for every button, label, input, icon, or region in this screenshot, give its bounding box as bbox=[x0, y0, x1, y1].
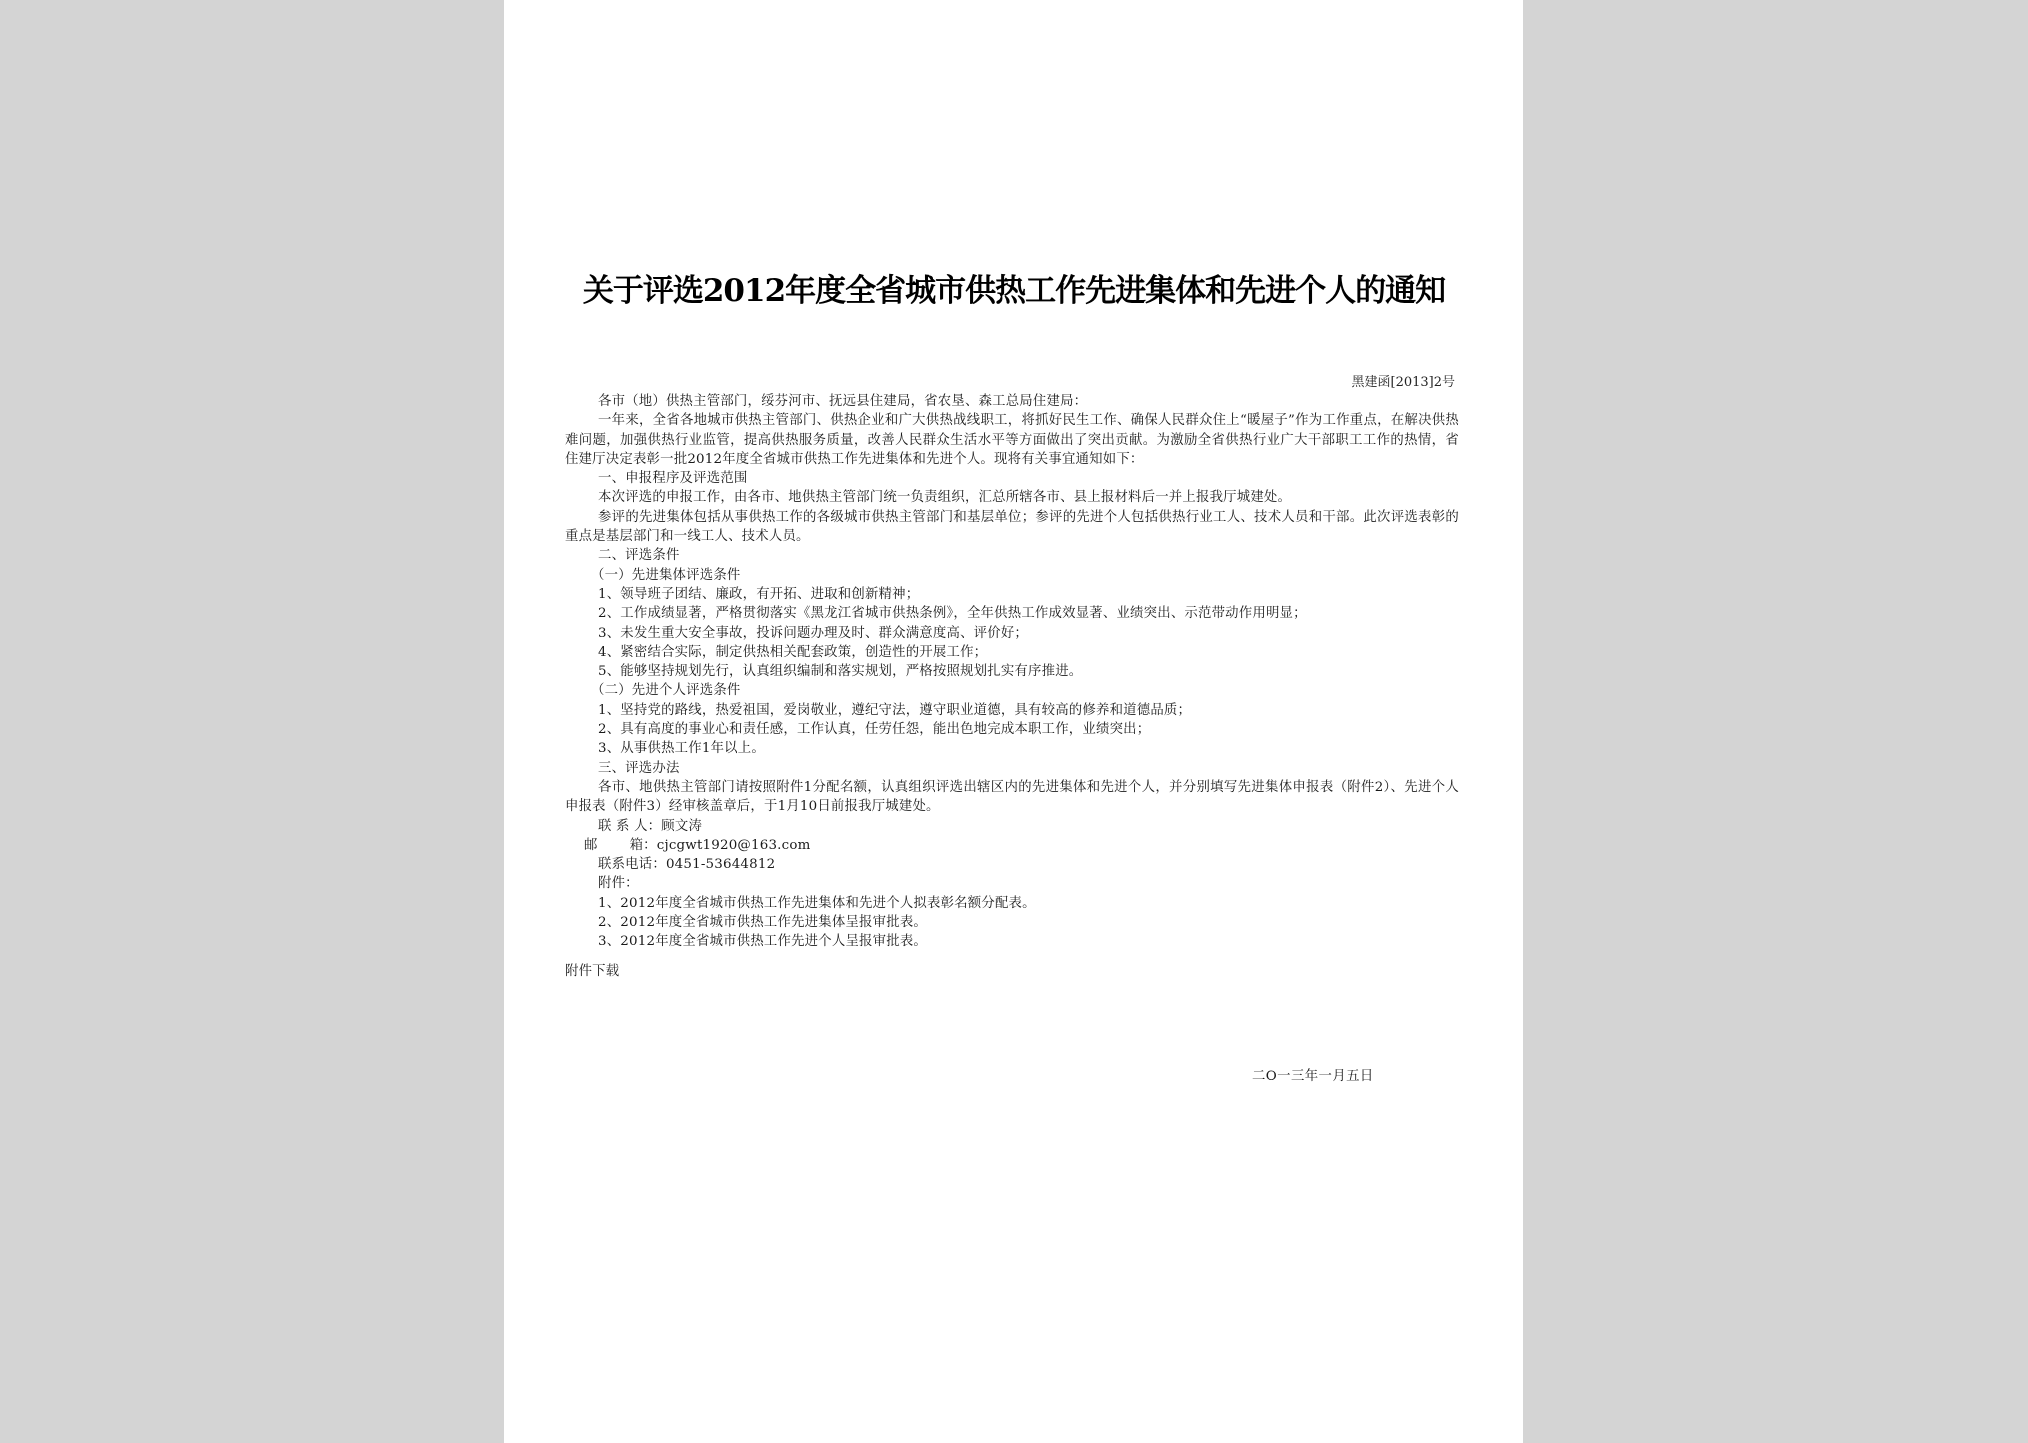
attachment-item: 2、2012年度全省城市供热工作先进集体呈报审批表。 bbox=[565, 913, 1459, 932]
attachment-item: 1、2012年度全省城市供热工作先进集体和先进个人拟表彰名额分配表。 bbox=[565, 894, 1459, 913]
criteria-item: 2、工作成绩显著，严格贯彻落实《黑龙江省城市供热条例》，全年供热工作成效显著、业… bbox=[565, 604, 1459, 623]
criteria-item: 4、紧密结合实际，制定供热相关配套政策，创造性的开展工作； bbox=[565, 643, 1459, 662]
contact-person: 联 系 人：顾文涛 bbox=[565, 817, 1459, 836]
contact-person-label: 联 系 人： bbox=[598, 819, 661, 834]
section-3-paragraph: 各市、地供热主管部门请按照附件1分配名额，认真组织评选出辖区内的先进集体和先进个… bbox=[565, 778, 1459, 817]
document-number: 黑建函[2013]2号 bbox=[1352, 375, 1456, 391]
criteria-item: 1、坚持党的路线，热爱祖国，爱岗敬业，遵纪守法，遵守职业道德，具有较高的修养和道… bbox=[565, 701, 1459, 720]
contact-phone-label: 联系电话： bbox=[598, 857, 666, 872]
section-heading-3: 三、评选办法 bbox=[565, 759, 1459, 778]
attachments-label: 附件： bbox=[565, 874, 1459, 893]
section-1-paragraph: 参评的先进集体包括从事供热工作的各级城市供热主管部门和基层单位；参评的先进个人包… bbox=[565, 508, 1459, 547]
contact-person-name: 顾文涛 bbox=[661, 819, 702, 834]
criteria-item: 5、能够坚持规划先行，认真组织编制和落实规划，严格按照规划扎实有序推进。 bbox=[565, 662, 1459, 681]
contact-email: 邮箱：cjcgwt1920@163.com bbox=[565, 836, 1459, 855]
contact-email-label-1: 邮 bbox=[584, 838, 598, 853]
document-page: 关于评选2012年度全省城市供热工作先进集体和先进个人的通知 黑建函[2013]… bbox=[504, 0, 1523, 1443]
attachment-item: 3、2012年度全省城市供热工作先进个人呈报审批表。 bbox=[565, 932, 1459, 951]
document-title: 关于评选2012年度全省城市供热工作先进集体和先进个人的通知 bbox=[544, 270, 1484, 312]
contact-email-address: cjcgwt1920@163.com bbox=[657, 838, 811, 853]
contact-phone-number: 0451-53644812 bbox=[666, 857, 775, 872]
subsection-heading-collective: （一）先进集体评选条件 bbox=[565, 566, 1459, 585]
contact-email-label-2: 箱： bbox=[630, 838, 657, 853]
criteria-item: 2、具有高度的事业心和责任感，工作认真，任劳任怨，能出色地完成本职工作，业绩突出… bbox=[565, 720, 1459, 739]
criteria-item: 3、未发生重大安全事故，投诉问题办理及时、群众满意度高、评价好； bbox=[565, 624, 1459, 643]
section-heading-1: 一、申报程序及评选范围 bbox=[565, 469, 1459, 488]
document-body: 各市（地）供热主管部门，绥芬河市、抚远县住建局，省农垦、森工总局住建局： 一年来… bbox=[565, 392, 1459, 981]
attachment-download-link[interactable]: 附件下载 bbox=[565, 962, 1459, 981]
intro-paragraph: 一年来，全省各地城市供热主管部门、供热企业和广大供热战线职工，将抓好民生工作、确… bbox=[565, 411, 1459, 469]
salutation: 各市（地）供热主管部门，绥芬河市、抚远县住建局，省农垦、森工总局住建局： bbox=[565, 392, 1459, 411]
document-date: 二O一三年一月五日 bbox=[1252, 1068, 1374, 1086]
subsection-heading-individual: （二）先进个人评选条件 bbox=[565, 681, 1459, 700]
section-1-paragraph: 本次评选的申报工作，由各市、地供热主管部门统一负责组织，汇总所辖各市、县上报材料… bbox=[565, 488, 1459, 507]
contact-phone: 联系电话：0451-53644812 bbox=[565, 855, 1459, 874]
criteria-item: 3、从事供热工作1年以上。 bbox=[565, 739, 1459, 758]
section-heading-2: 二、评选条件 bbox=[565, 546, 1459, 565]
criteria-item: 1、领导班子团结、廉政，有开拓、进取和创新精神； bbox=[565, 585, 1459, 604]
